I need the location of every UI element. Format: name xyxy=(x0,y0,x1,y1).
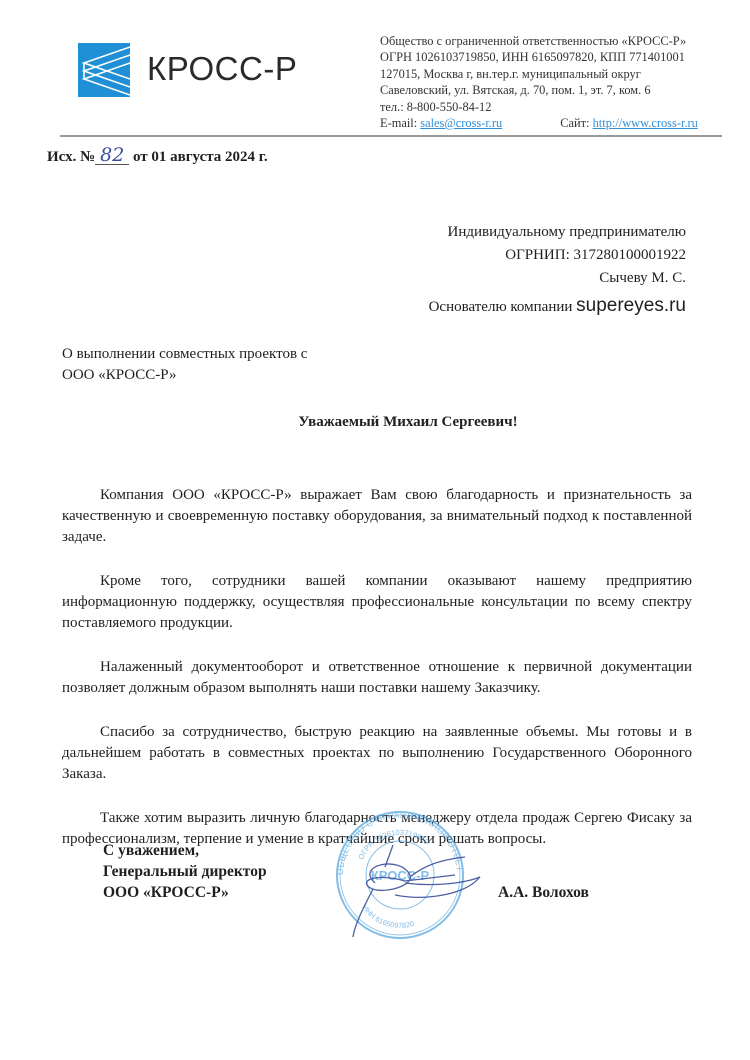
body-paragraph: Налаженный документооборот и ответственн… xyxy=(62,657,692,699)
site-label: Сайт: xyxy=(560,115,589,131)
company-logo-text: КРОСС-Р xyxy=(147,49,297,89)
founder-prefix: Основателю компании xyxy=(429,299,573,315)
closing-line: Генеральный директор xyxy=(103,861,267,882)
body-paragraph: Кроме того, сотрудники вашей компании ок… xyxy=(62,571,692,634)
company-logo-icon xyxy=(78,43,130,97)
recipient-line: ОГРНИП: 317280100001922 xyxy=(429,244,686,267)
recipient-line: Сычеву М. С. xyxy=(429,267,686,290)
outgoing-prefix: Исх. № xyxy=(47,149,95,165)
requisite-line: ОГРН 1026103719850, ИНН 6165097820, КПП … xyxy=(380,49,698,65)
letter-subject: О выполнении совместных проектов с ООО «… xyxy=(62,344,307,386)
requisite-line: Общество с ограниченной ответственностью… xyxy=(380,33,698,49)
salutation: Уважаемый Михаил Сергеевич! xyxy=(0,411,750,433)
contact-links: E-mail: sales@cross-r.ru Сайт: http://ww… xyxy=(380,115,698,131)
closing-line: С уважением, xyxy=(103,840,267,861)
body-paragraph: Компания ООО «КРОСС-Р» выражает Вам свою… xyxy=(62,485,692,548)
svg-text:ОБЩЕСТВО С ОГРАНИЧЕННОЙ ОТВЕТС: ОБЩЕСТВО С ОГРАНИЧЕННОЙ ОТВЕТСТВЕННОСТЬЮ xyxy=(315,805,465,875)
signer-name: А.А. Волохов xyxy=(498,882,589,903)
body-paragraph: Спасибо за сотрудничество, быструю реакц… xyxy=(62,722,692,785)
requisite-line: Савеловский, ул. Вятская, д. 70, пом. 1,… xyxy=(380,82,698,98)
site-link[interactable]: http://www.cross-r.ru xyxy=(593,115,698,131)
recipient-line: Индивидуальному предпринимателю xyxy=(429,221,686,244)
email-link[interactable]: sales@cross-r.ru xyxy=(420,115,502,131)
email-label: E-mail: xyxy=(380,115,417,131)
handwritten-number: 82 xyxy=(95,146,129,165)
company-requisites: Общество с ограниченной ответственностью… xyxy=(380,33,698,131)
closing-block: С уважением, Генеральный директор ООО «К… xyxy=(103,840,267,903)
subject-line: О выполнении совместных проектов с xyxy=(62,344,307,365)
header-divider xyxy=(60,135,722,137)
subject-line: ООО «КРОСС-Р» xyxy=(62,365,307,386)
recipient-block: Индивидуальному предпринимателю ОГРНИП: … xyxy=(429,221,686,319)
founder-brand: supereyes.ru xyxy=(576,295,686,316)
closing-line: ООО «КРОСС-Р» xyxy=(103,882,267,903)
requisite-line: тел.: 8-800-550-84-12 xyxy=(380,99,698,115)
outgoing-number: Исх. №82 от 01 августа 2024 г. xyxy=(47,146,268,168)
requisite-line: 127015, Москва г, вн.тер.г. муниципальны… xyxy=(380,66,698,82)
company-stamp-icon: ОБЩЕСТВО С ОГРАНИЧЕННОЙ ОТВЕТСТВЕННОСТЬЮ… xyxy=(315,805,485,945)
outgoing-date: от 01 августа 2024 г. xyxy=(133,149,268,165)
svg-text:ОГРН 1026103719850: ОГРН 1026103719850 xyxy=(356,828,431,861)
recipient-founder-line: Основателю компании supereyes.ru xyxy=(429,294,686,319)
